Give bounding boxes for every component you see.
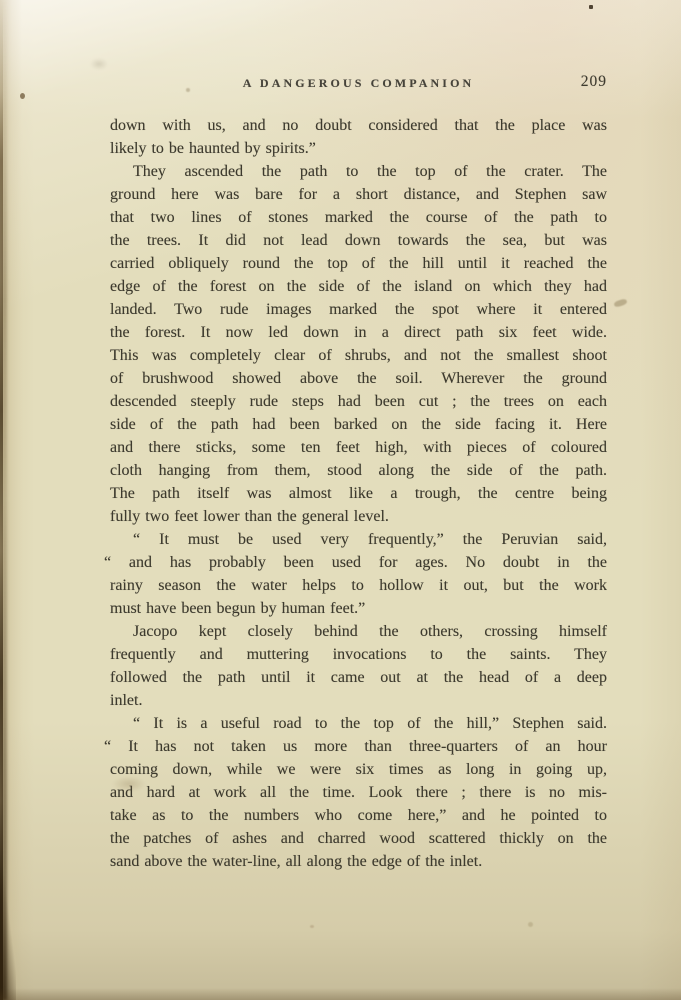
text-line: descended steeply rude steps had been cu… (110, 390, 607, 413)
text-line: The path itself was almost like a trough… (110, 482, 607, 505)
text-line: that two lines of stones marked the cour… (110, 206, 607, 229)
text-line: the forest. It now led down in a direct … (110, 321, 607, 344)
text-line: “ It must be used very frequently,” the … (110, 528, 607, 551)
text-line: They ascended the path to the top of the… (110, 160, 607, 183)
screenshot-root: { "header": { "title": "A DANGEROUS COMP… (0, 0, 681, 1000)
bottom-left-corner-shadow (0, 870, 16, 1000)
text-line: carried obliquely round the top of the h… (110, 252, 607, 275)
paragraph: “ It must be used very frequently,” the … (110, 528, 607, 620)
paragraph: “ It is a useful road to the top of the … (110, 712, 607, 873)
text-line: the patches of ashes and charred wood sc… (110, 827, 607, 850)
text-line: down with us, and no doubt considered th… (110, 114, 607, 137)
paper-speck (186, 88, 190, 92)
text-line: and there sticks, some ten feet high, wi… (110, 436, 607, 459)
text-line: “ and has probably been used for ages. N… (110, 551, 607, 574)
page-number: 209 (581, 73, 607, 91)
text-line: frequently and muttering invocations to … (110, 643, 607, 666)
paragraph: Jacopo kept closely behind the others, c… (110, 620, 607, 712)
text-line: must have been begun by human feet.” (110, 597, 607, 620)
text-line: the trees. It did not lead down towards … (110, 229, 607, 252)
text-line: landed. Two rude images marked the spot … (110, 298, 607, 321)
paper-speck (20, 93, 25, 99)
paper-speck (528, 922, 533, 927)
text-line: sand above the water-line, all along the… (110, 850, 607, 873)
text-line: side of the path had been barked on the … (110, 413, 607, 436)
text-line: edge of the forest on the side of the is… (110, 275, 607, 298)
page-edge-fade (2, 0, 7, 1000)
text-line: fully two feet lower than the general le… (110, 505, 607, 528)
page-body-text: down with us, and no doubt considered th… (110, 114, 607, 873)
text-line: inlet. (110, 689, 607, 712)
bottom-edge-shadow (0, 988, 681, 1000)
paper-smudge (90, 58, 108, 70)
paper-speck (613, 298, 627, 308)
paper-speck (589, 5, 593, 9)
text-line: likely to be haunted by spirits.” (110, 137, 607, 160)
text-line: cloth hanging from them, stood along the… (110, 459, 607, 482)
text-line: followed the path until it came out at t… (110, 666, 607, 689)
book-page-scan: A DANGEROUS COMPANION 209 down with us, … (0, 0, 681, 1000)
text-line: take as to the numbers who come here,” a… (110, 804, 607, 827)
text-line: coming down, while we were six times as … (110, 758, 607, 781)
text-line: and hard at work all the time. Look ther… (110, 781, 607, 804)
running-title: A DANGEROUS COMPANION (110, 76, 607, 91)
text-line: “ It has not taken us more than three-qu… (110, 735, 607, 758)
text-line: of brushwood showed above the soil. Wher… (110, 367, 607, 390)
text-line: rainy season the water helps to hollow i… (110, 574, 607, 597)
page-header: A DANGEROUS COMPANION 209 (110, 76, 607, 96)
paragraph: They ascended the path to the top of the… (110, 160, 607, 528)
paragraph: down with us, and no doubt considered th… (110, 114, 607, 160)
paper-speck (310, 925, 314, 928)
text-line: “ It is a useful road to the top of the … (110, 712, 607, 735)
text-line: Jacopo kept closely behind the others, c… (110, 620, 607, 643)
text-line: This was completely clear of shrubs, and… (110, 344, 607, 367)
text-line: ground here was bare for a short distanc… (110, 183, 607, 206)
paper-smudge (112, 776, 146, 792)
